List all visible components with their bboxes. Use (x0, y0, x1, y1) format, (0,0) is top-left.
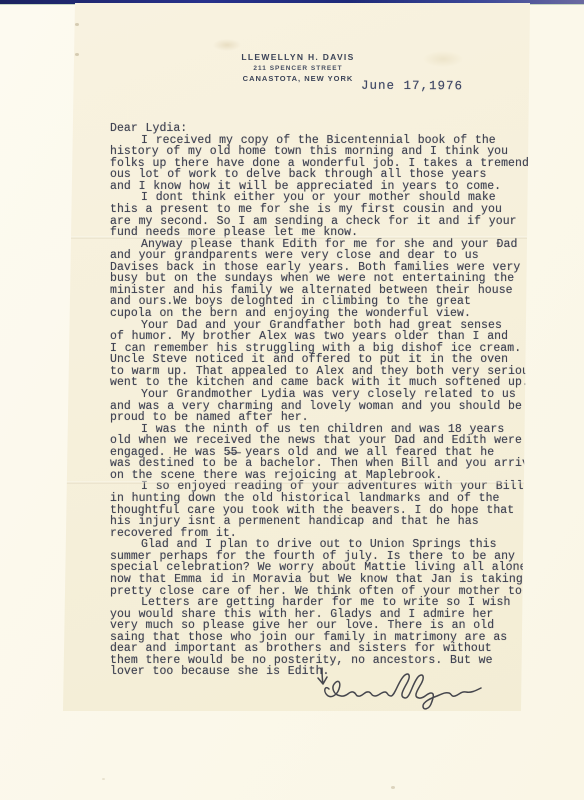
letterhead-street: 211 SPENCER STREET (63, 65, 533, 72)
paper-stain (423, 51, 463, 67)
scanned-letter-page: { "letterhead": { "name": "LLEWELLYN H. … (0, 0, 584, 800)
letter-date: June 17,1976 (361, 79, 463, 94)
background-speck (102, 778, 105, 780)
fold-crease-top (63, 236, 533, 239)
paper-stain (213, 39, 241, 51)
letter-paper: LLEWELLYN H. DAVIS 211 SPENCER STREET CA… (63, 3, 533, 711)
fold-crease-bottom (63, 481, 533, 484)
paper-speck (75, 53, 79, 56)
letter-body: Dear Lydia: I received my copy of the Bi… (110, 123, 533, 678)
signature (313, 665, 488, 711)
paper-speck (75, 23, 79, 26)
background-speck (391, 786, 395, 789)
